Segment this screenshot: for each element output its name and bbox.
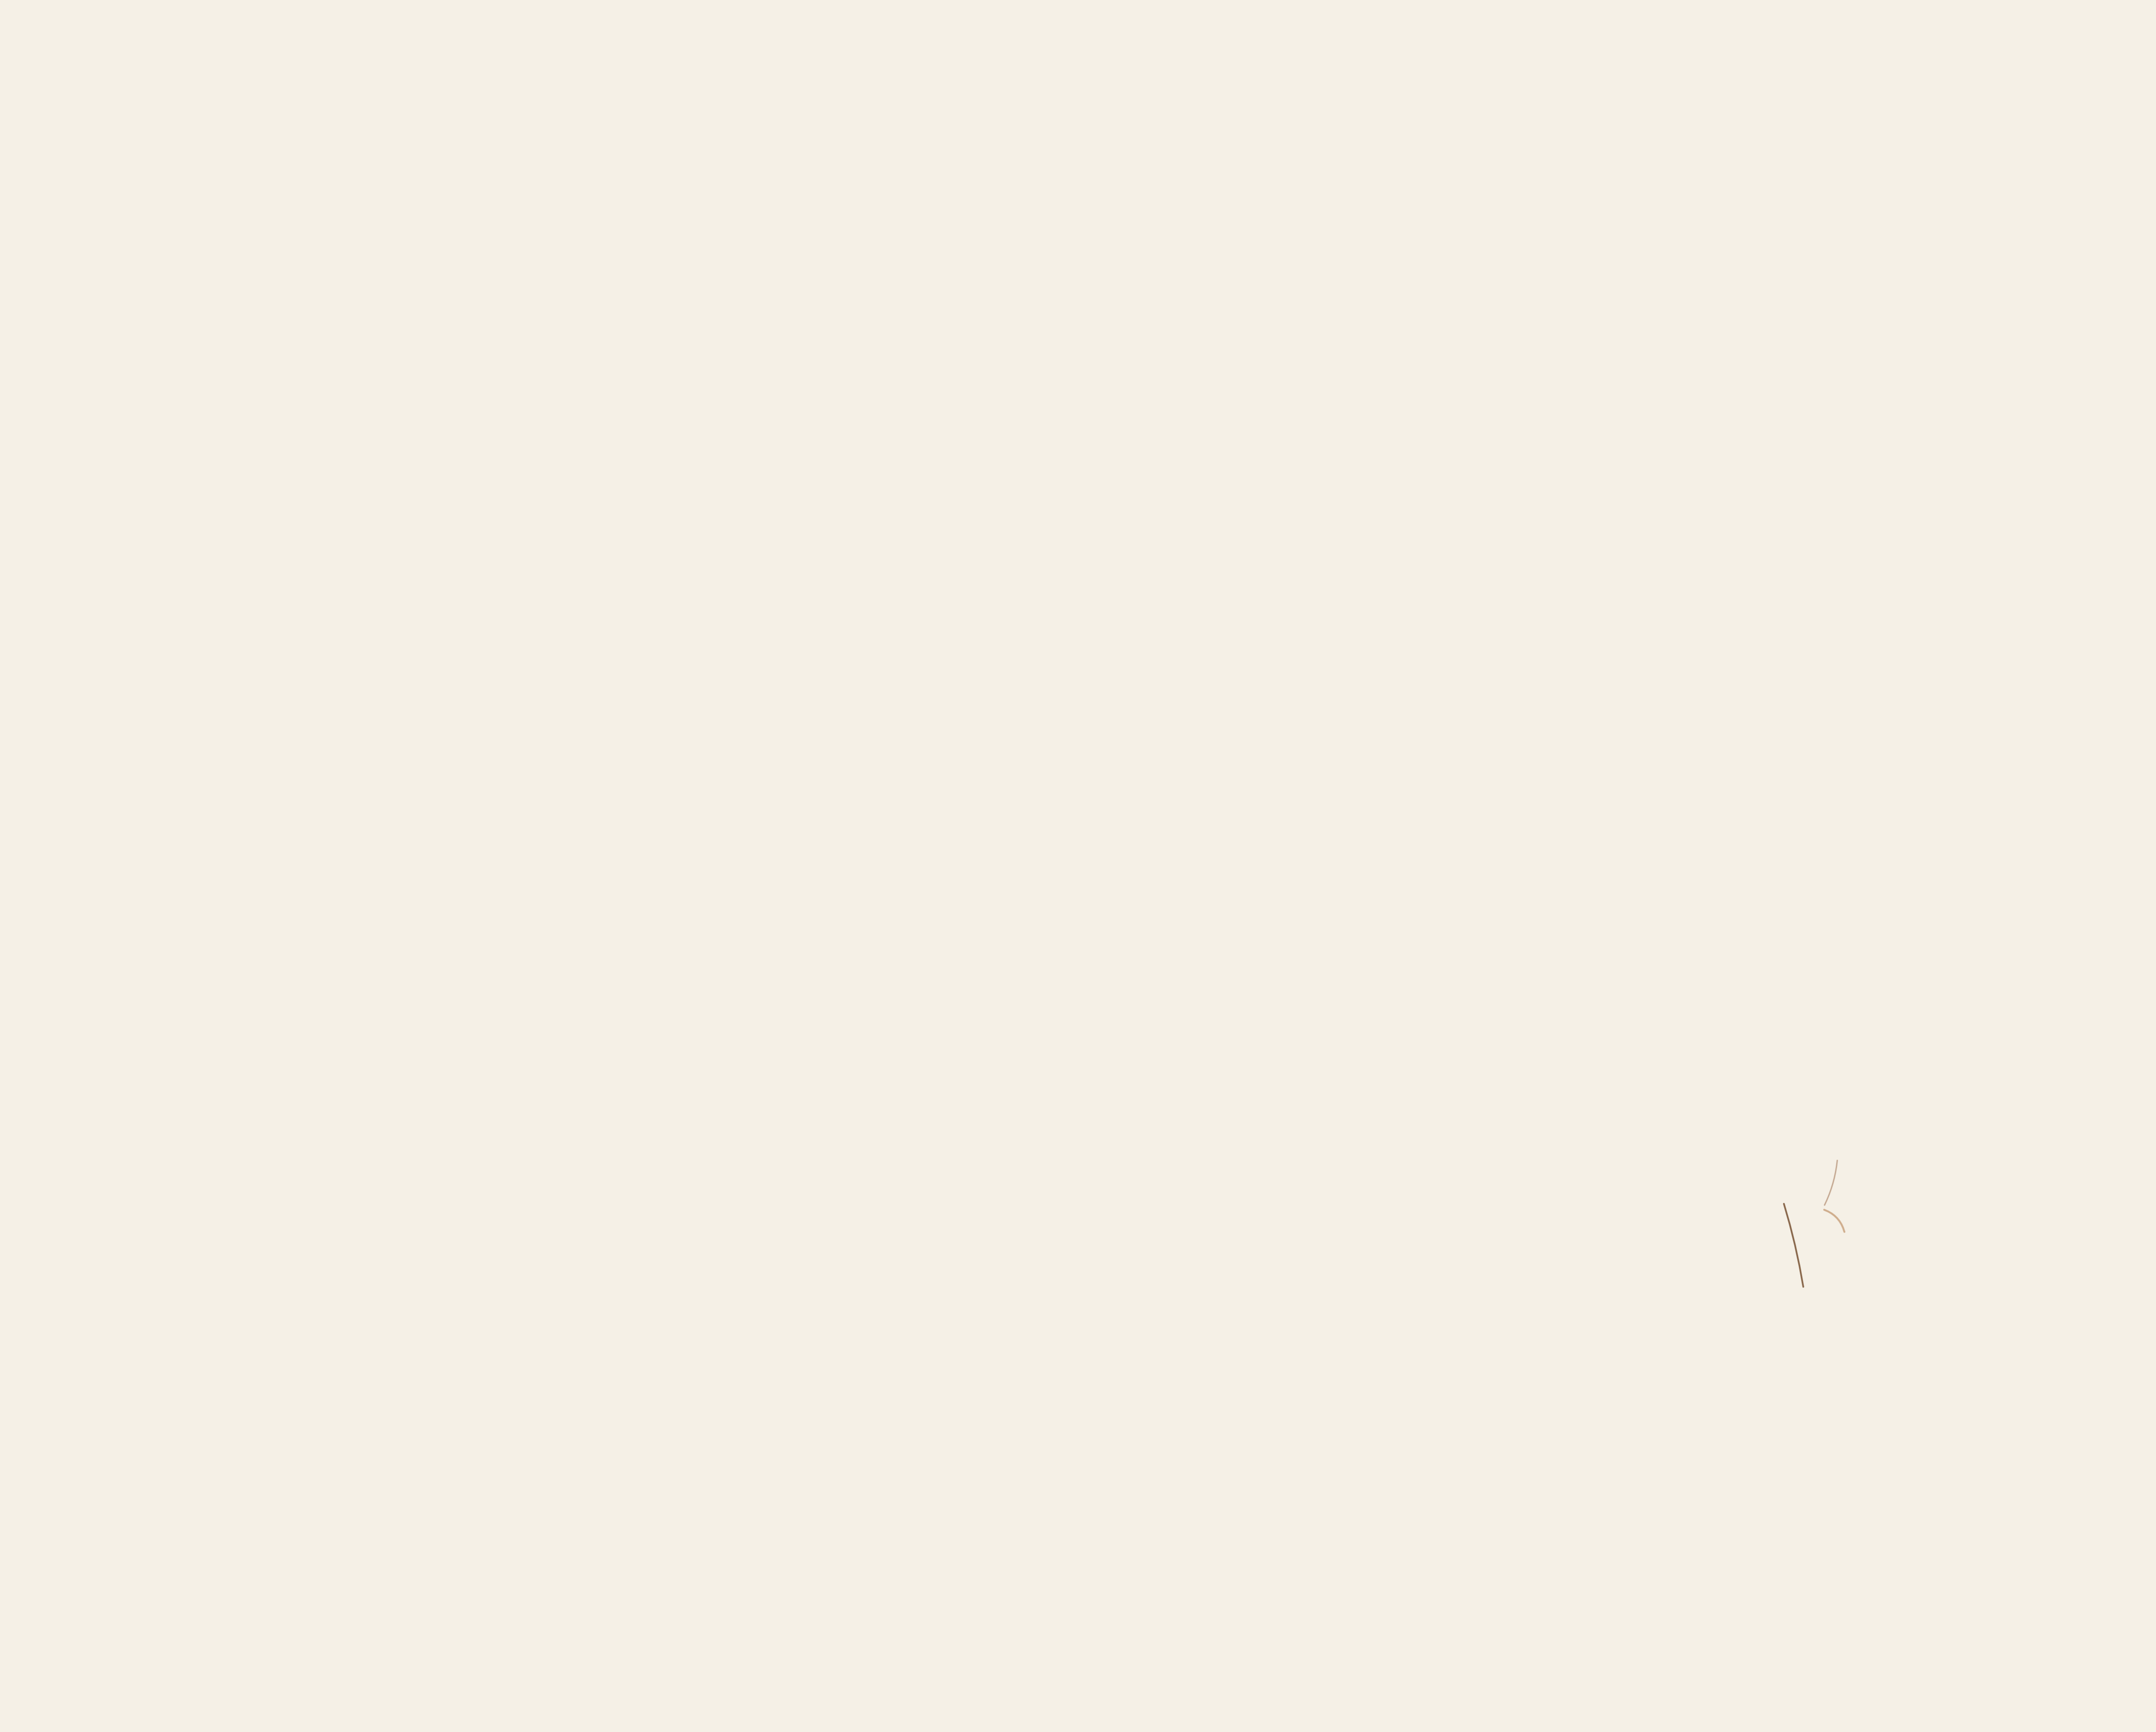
manuscript-photograph: Backlit photograph of a fragmentary hand… <box>17 7 2156 1446</box>
paper-texture <box>17 7 2156 1446</box>
manuscript-art <box>17 7 2156 1446</box>
